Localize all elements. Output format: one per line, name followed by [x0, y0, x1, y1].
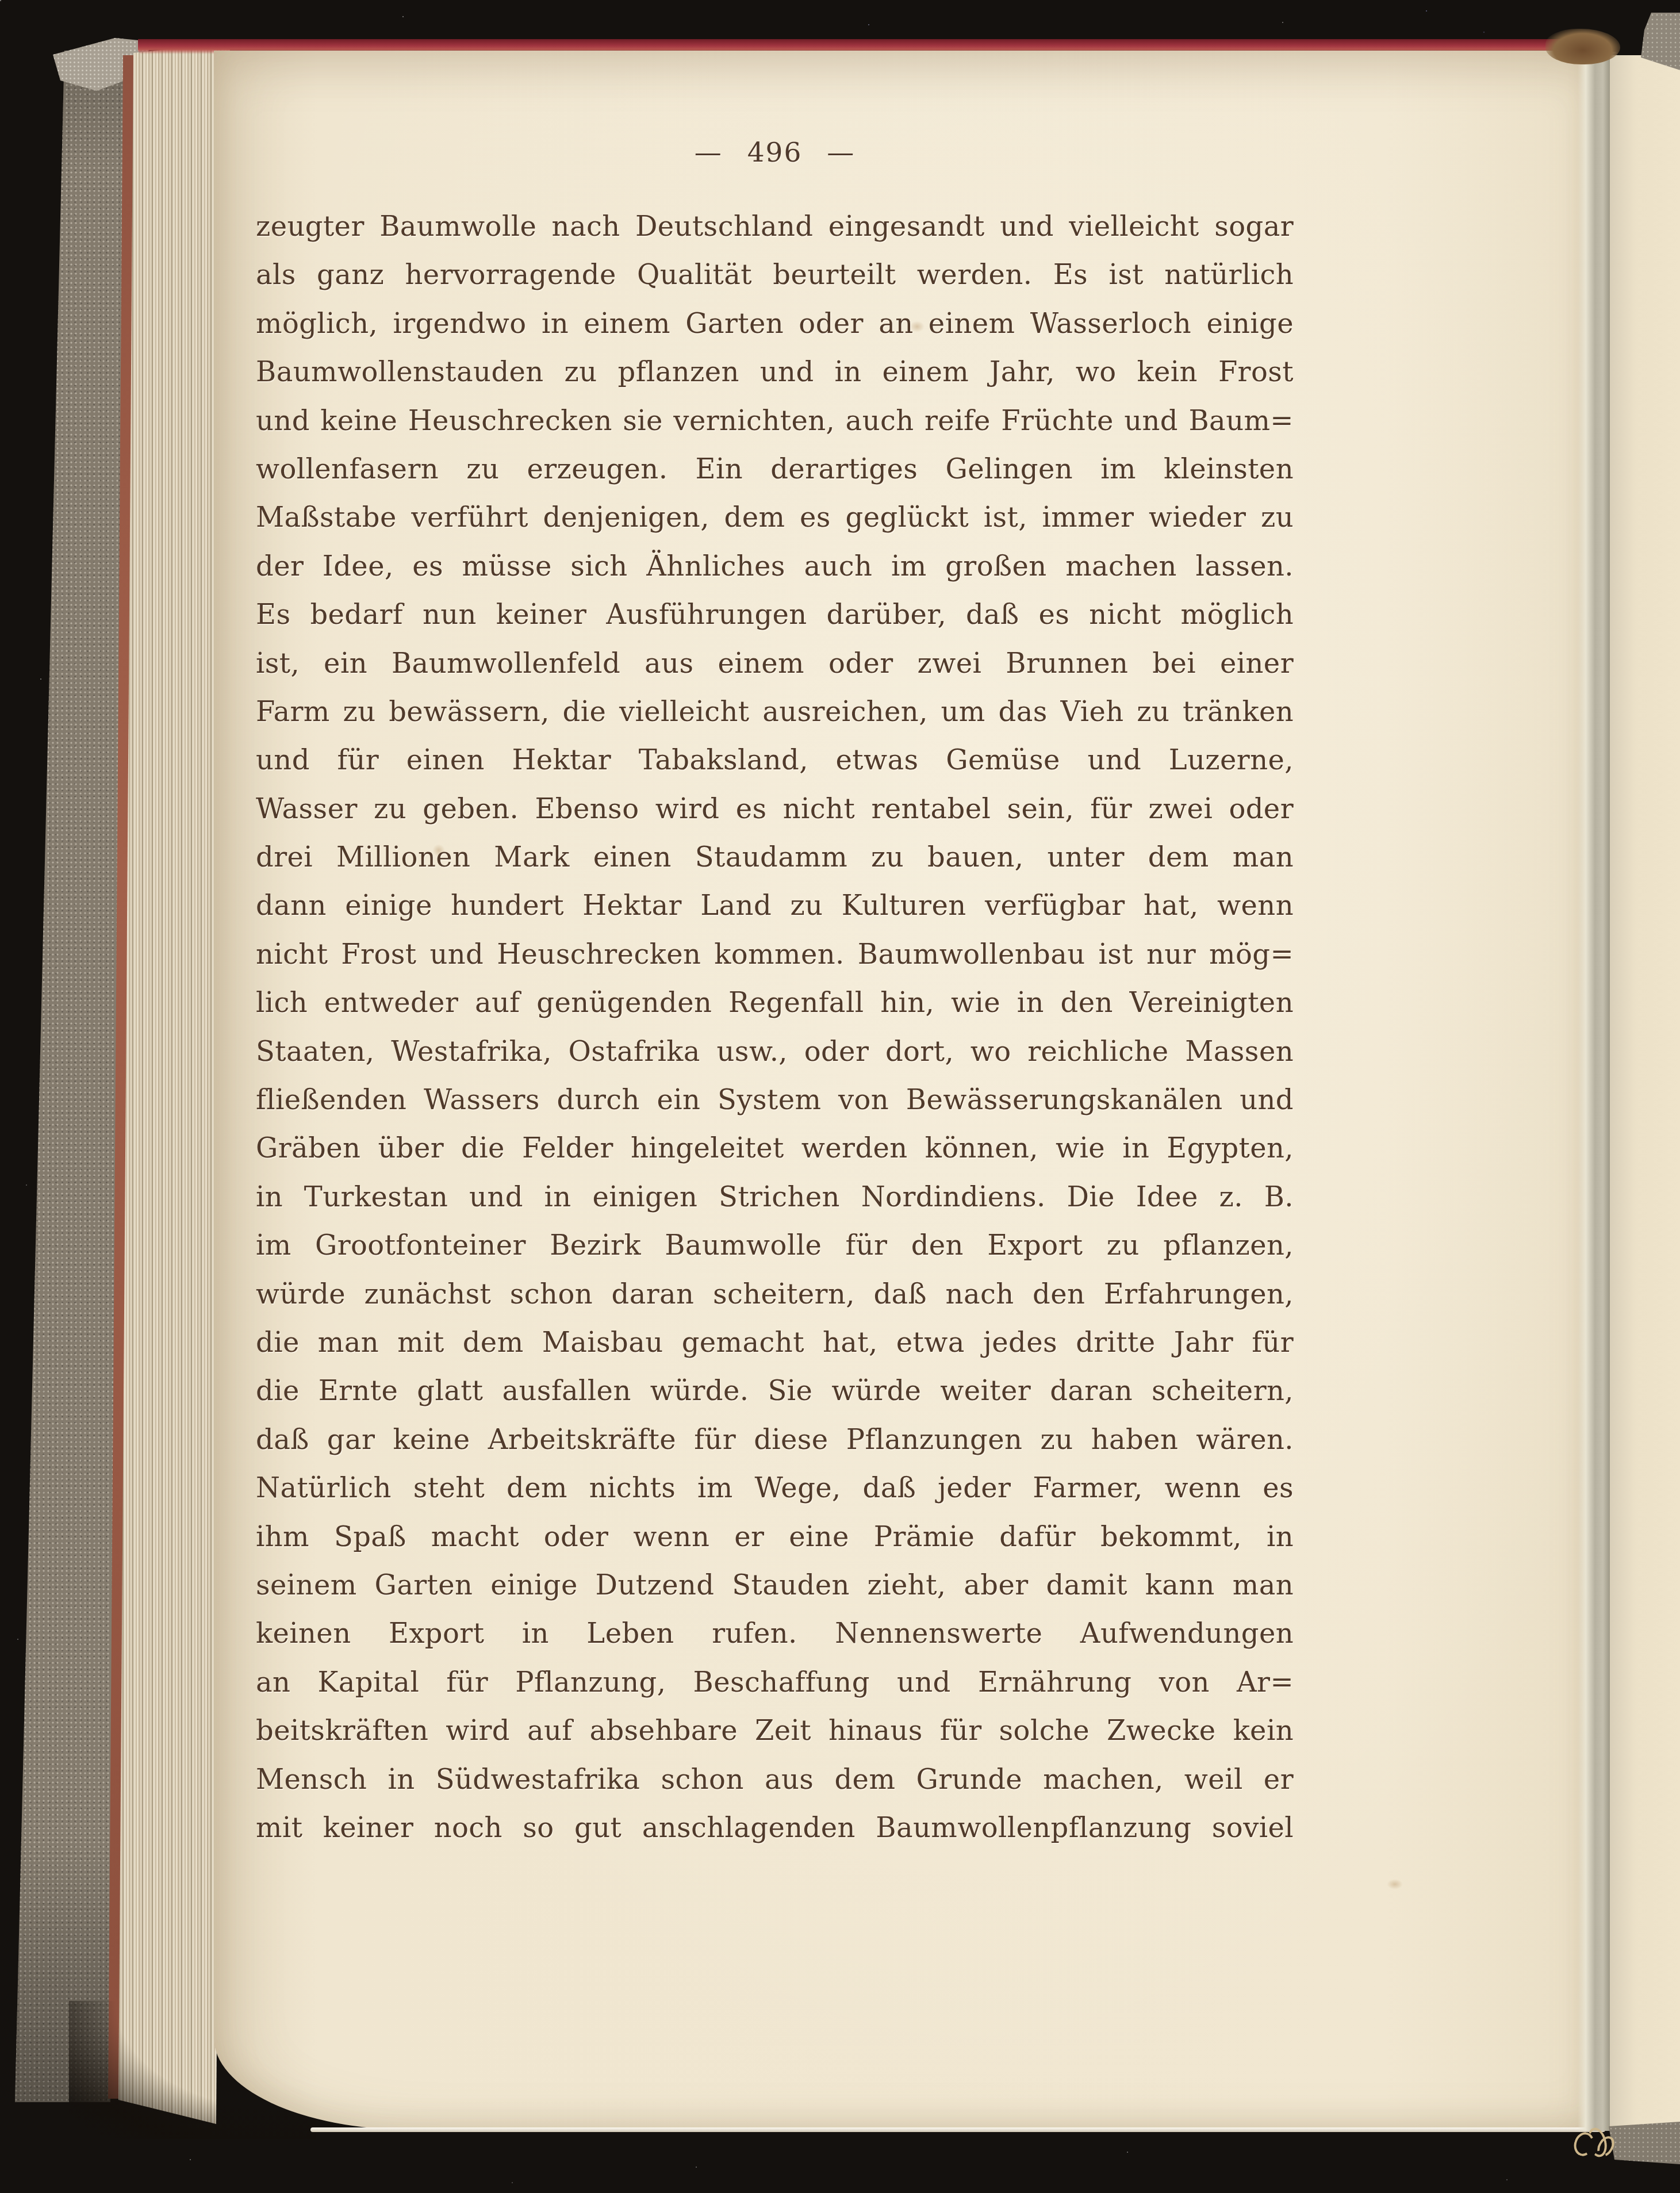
text-line: dann einige hundert Hektar Land zu Kultu…	[256, 881, 1294, 930]
page-number: — 496 —	[256, 137, 1294, 168]
bottom-right-cloth-corner	[1609, 2122, 1680, 2164]
body-text: zeugter Baumwolle nach Deutschland einge…	[256, 202, 1294, 1852]
dust-specks	[0, 0, 1, 1]
text-line: Es bedarf nun keiner Ausführungen darübe…	[256, 591, 1294, 639]
text-line: zeugter Baumwolle nach Deutschland einge…	[256, 202, 1294, 251]
top-edge-damage-spot	[1545, 29, 1620, 64]
text-line: im Grootfonteiner Bezirk Baumwolle für d…	[256, 1221, 1294, 1270]
text-line: der Idee, es müsse sich Ähnliches auch i…	[256, 542, 1294, 591]
facing-page-edge	[1610, 55, 1680, 2132]
text-line: fließenden Wassers durch ein System von …	[256, 1076, 1294, 1124]
text-line: und keine Heuschrecken sie vernichten, a…	[256, 397, 1294, 445]
text-line: Mensch in Südwestafrika schon aus dem Gr…	[256, 1755, 1294, 1804]
text-line: nicht Frost und Heuschrecken kommen. Bau…	[256, 930, 1294, 979]
text-line: mit keiner noch so gut anschlagenden Bau…	[256, 1804, 1294, 1852]
text-line: wollenfasern zu erzeugen. Ein derartiges…	[256, 445, 1294, 493]
text-line: Farm zu bewässern, die vielleicht ausrei…	[256, 688, 1294, 736]
text-line: daß gar keine Arbeitskräfte für diese Pf…	[256, 1416, 1294, 1464]
text-line: und für einen Hektar Tabaksland, etwas G…	[256, 736, 1294, 784]
text-line: möglich, irgendwo in einem Garten oder a…	[256, 300, 1294, 348]
text-line: als ganz hervorragende Qualität beurteil…	[256, 251, 1294, 299]
text-line: lich entweder auf genügenden Regenfall h…	[256, 979, 1294, 1027]
scanned-book-photo: — 496 — zeugter Baumwolle nach Deutschla…	[0, 0, 1680, 2193]
text-line: Wasser zu geben. Ebenso wird es nicht re…	[256, 785, 1294, 833]
text-line: ihm Spaß macht oder wenn er eine Prämie …	[256, 1513, 1294, 1561]
text-line: die Ernte glatt ausfallen würde. Sie wür…	[256, 1367, 1294, 1415]
text-line: drei Millionen Mark einen Staudamm zu ba…	[256, 833, 1294, 881]
text-line: Maßstabe verführt denjenigen, dem es geg…	[256, 493, 1294, 542]
text-line: würde zunächst schon daran scheitern, da…	[256, 1270, 1294, 1318]
text-line: die man mit dem Maisbau gemacht hat, etw…	[256, 1318, 1294, 1367]
text-line: Staaten, Westafrika, Ostafrika usw., ode…	[256, 1028, 1294, 1076]
page-bottom-edge-highlight	[310, 2127, 1605, 2132]
text-line: Gräben über die Felder hingeleitet werde…	[256, 1124, 1294, 1172]
text-line: in Turkestan und in einigen Strichen Nor…	[256, 1173, 1294, 1221]
text-line: ist, ein Baumwollenfeld aus einem oder z…	[256, 639, 1294, 688]
text-line: Baumwollenstauden zu pflanzen und in ein…	[256, 348, 1294, 396]
binding-thread-tassel	[1573, 2124, 1613, 2164]
text-line: seinem Garten einige Dutzend Stauden zie…	[256, 1561, 1294, 1609]
foxing-spot	[1387, 1879, 1403, 1889]
text-line: beitskräften wird auf absehbare Zeit hin…	[256, 1707, 1294, 1755]
text-line: keinen Export in Leben rufen. Nennenswer…	[256, 1609, 1294, 1658]
text-line: Natürlich steht dem nichts im Wege, daß …	[256, 1464, 1294, 1512]
text-line: an Kapital für Pflanzung, Beschaffung un…	[256, 1658, 1294, 1707]
